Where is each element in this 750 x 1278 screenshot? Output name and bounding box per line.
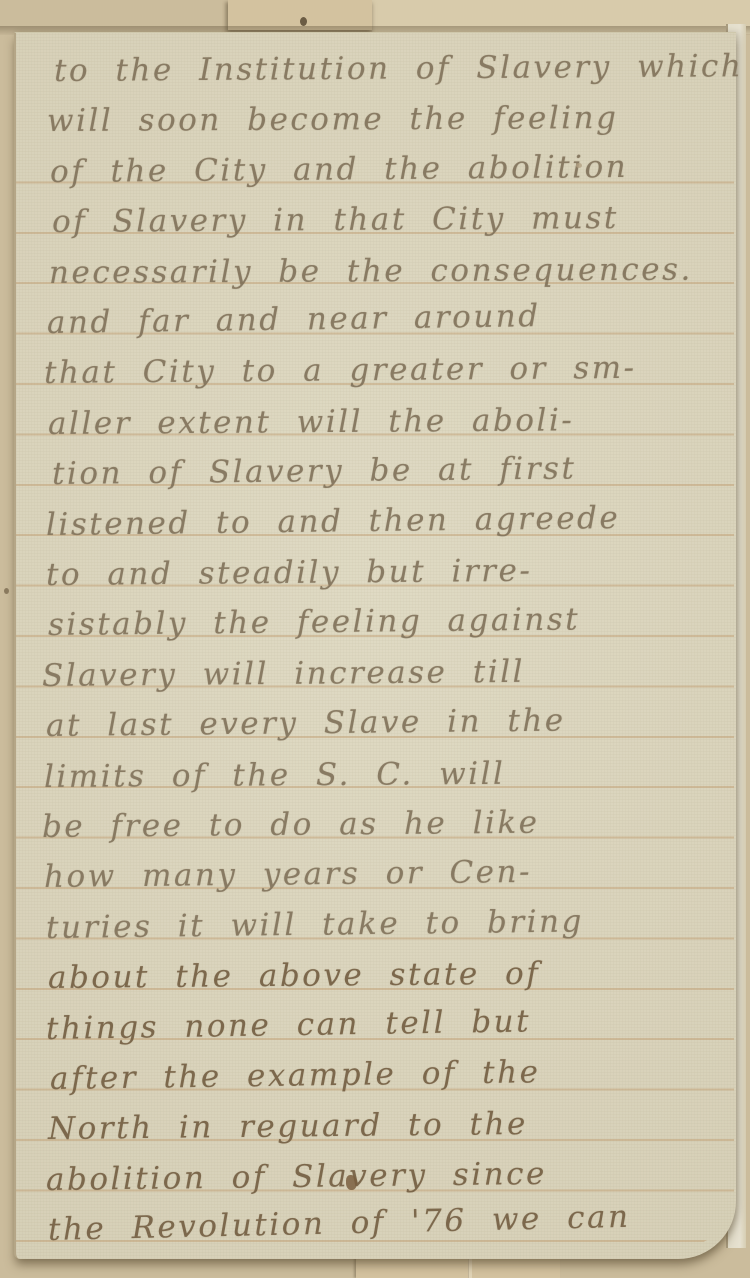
manuscript-line: will soon become the feeling (47, 98, 619, 141)
paper-speck (300, 17, 307, 26)
manuscript-line: about the above state of (48, 954, 541, 998)
manuscript-line: to the Institution of Slavery which (54, 46, 744, 91)
paper-speck (4, 588, 9, 594)
manuscript-line: be free to do as he like (42, 803, 540, 847)
manuscript-line: aller extent will the aboli- (48, 400, 575, 444)
manuscript-line: the Revolution of '76 we can (48, 1197, 631, 1250)
manuscript-page: to the Institution of Slavery whichwill … (14, 32, 736, 1259)
manuscript-line: tion of Slavery be at first (52, 449, 577, 494)
manuscript-line: of Slavery in that City must (52, 198, 619, 242)
manuscript-line: at last every Slave in the (46, 701, 566, 746)
handwritten-text: to the Institution of Slavery whichwill … (16, 33, 736, 1259)
ink-blot (346, 1175, 357, 1190)
manuscript-line: that City to a greater or sm- (44, 348, 637, 393)
manuscript-line: abolition of Slavery since (46, 1154, 547, 1200)
manuscript-line: turies it will take to bring (46, 901, 584, 948)
manuscript-line: and far and near around (47, 296, 541, 343)
manuscript-line: North in reguard to the (48, 1104, 528, 1149)
manuscript-line: listened to and then agreede (46, 498, 621, 545)
manuscript-line: after the example of the (50, 1052, 541, 1099)
manuscript-line: limits of the S. C. will (44, 753, 506, 796)
manuscript-line: how many years or Cen- (44, 852, 532, 897)
manuscript-line: things none can tell but (46, 1001, 532, 1049)
manuscript-line: of the City and the abolition (50, 147, 628, 192)
paper-stain (576, 163, 582, 168)
manuscript-line: necessarily be the consequences. (49, 249, 693, 292)
scanned-document: to the Institution of Slavery whichwill … (0, 0, 750, 1278)
manuscript-line: Slavery will increase till (42, 652, 525, 696)
manuscript-line: to and steadily but irre- (46, 551, 533, 595)
manuscript-line: sistably the feeling against (48, 600, 581, 646)
